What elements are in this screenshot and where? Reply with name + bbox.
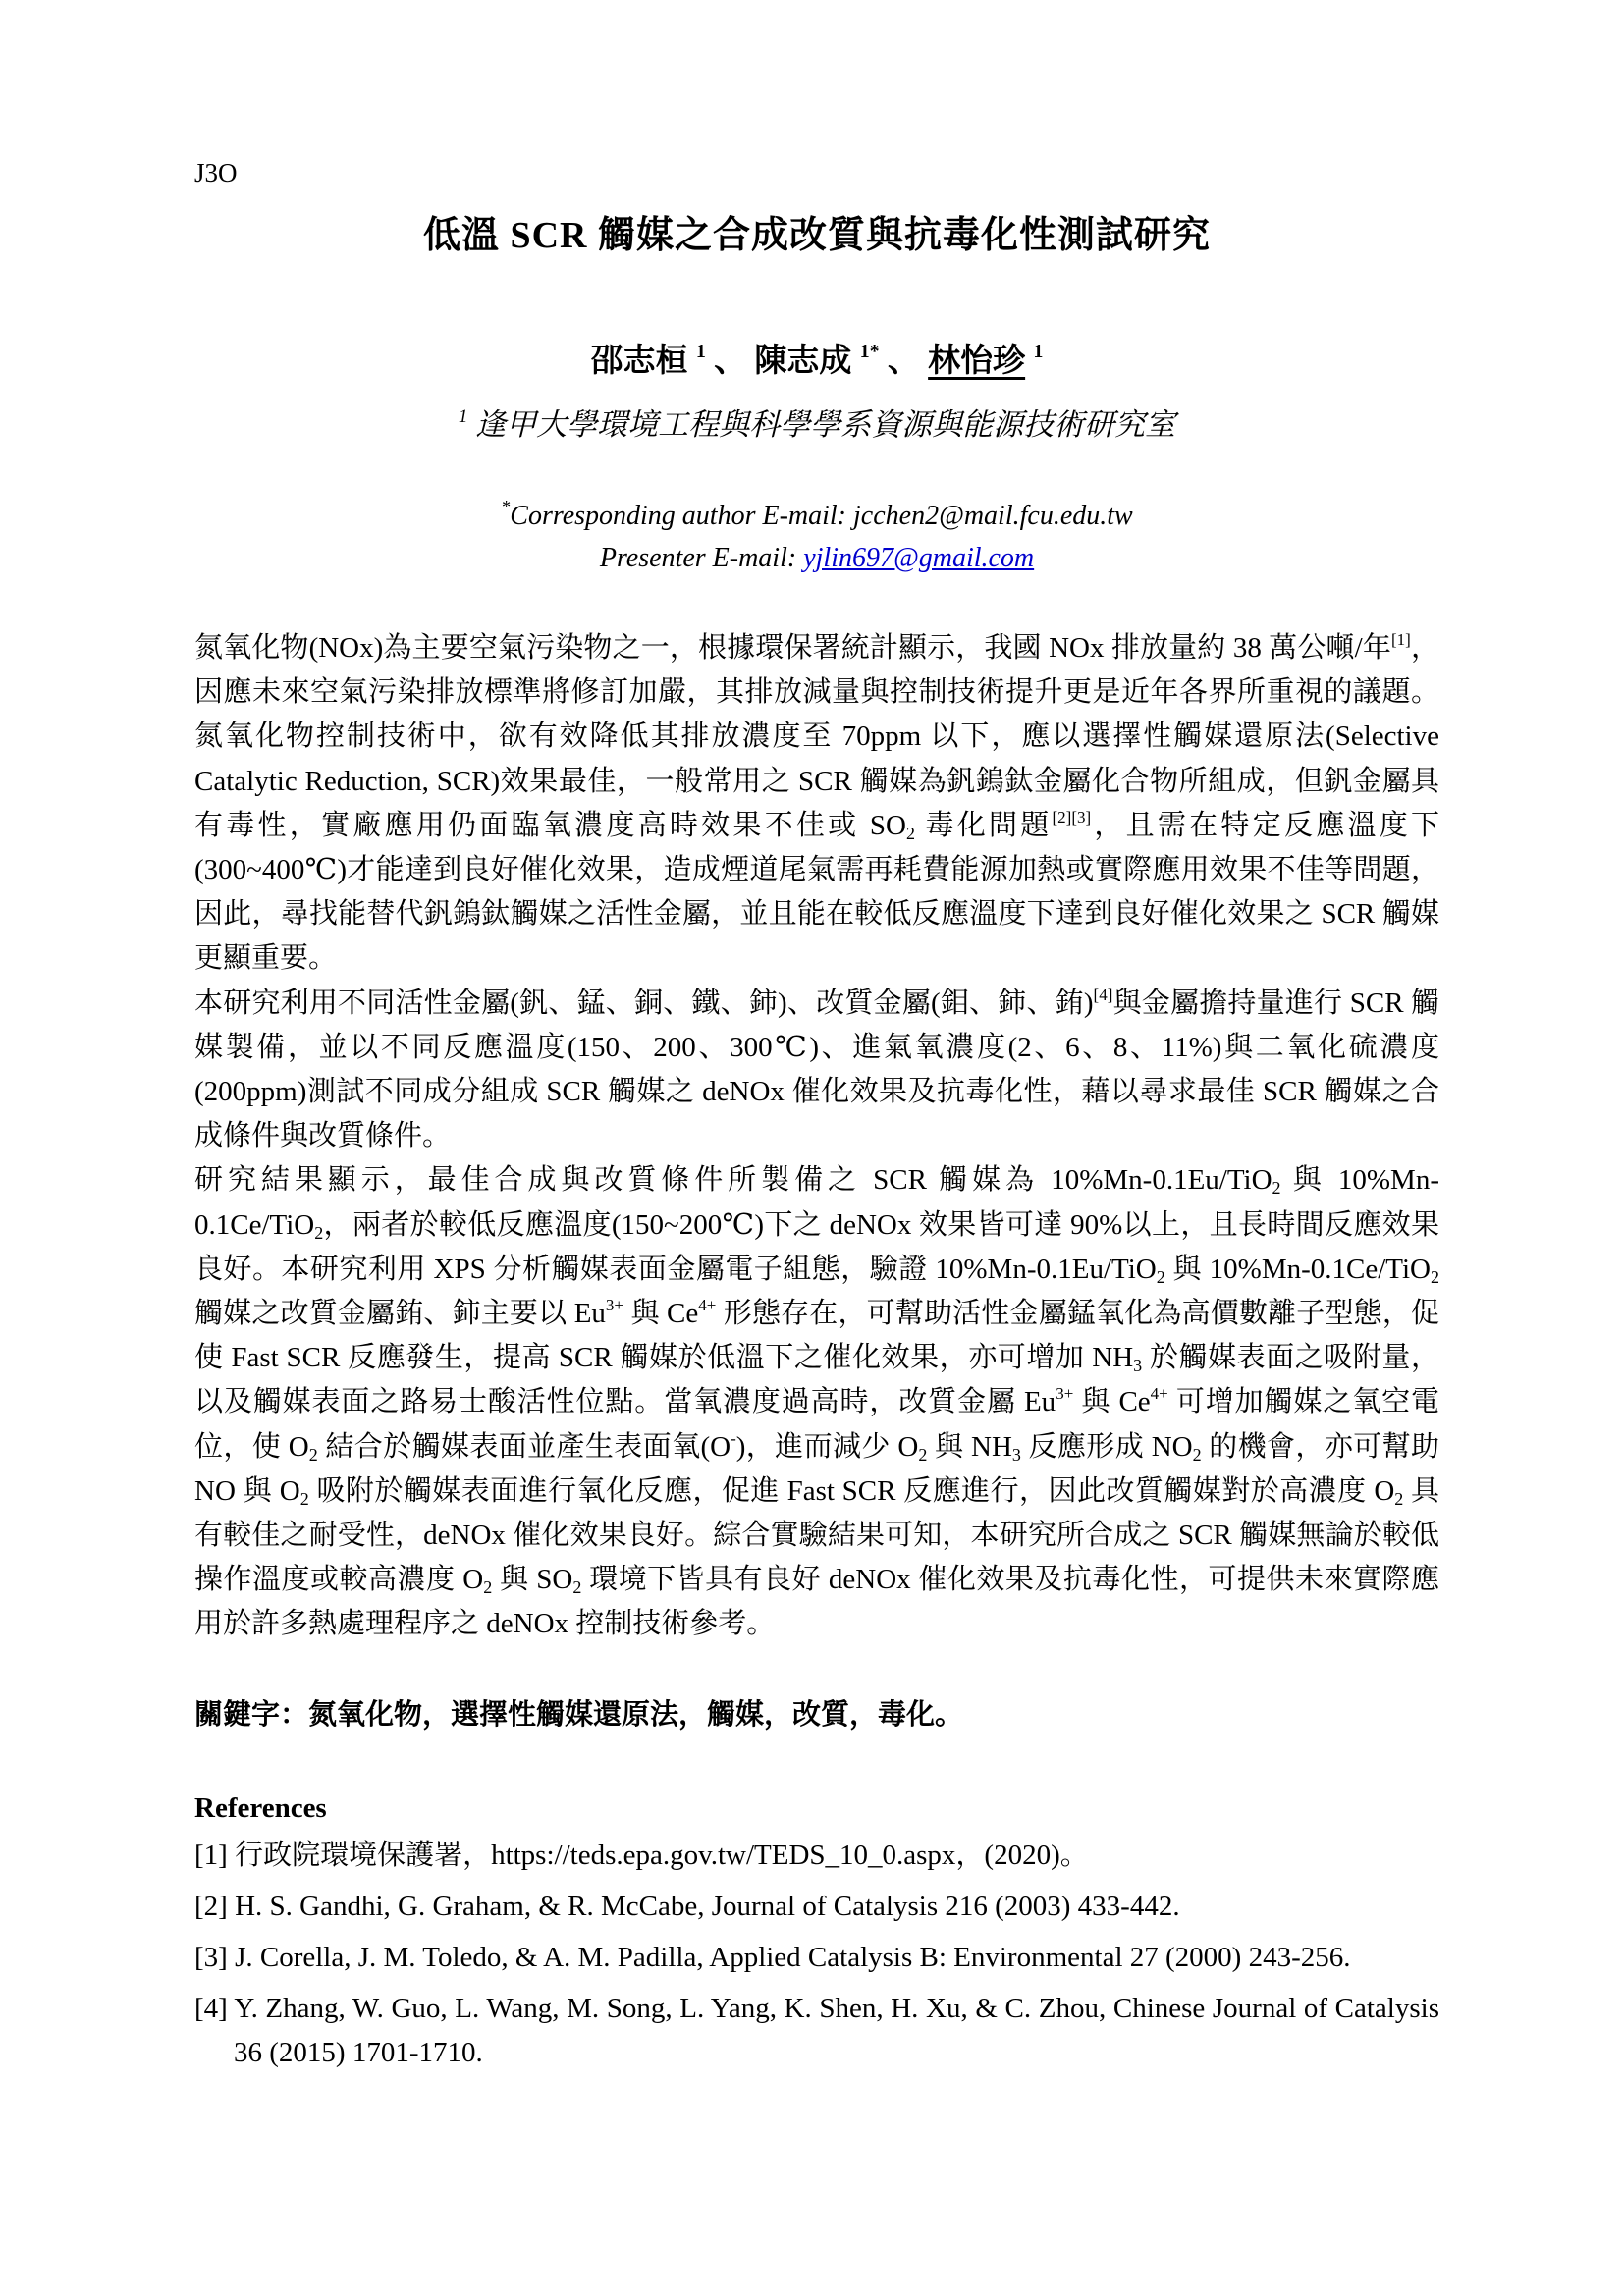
subscript: 2 xyxy=(1431,1267,1439,1287)
subscript: 3 xyxy=(1012,1445,1021,1465)
presenter-email-link[interactable]: yjlin697@gmail.com xyxy=(803,543,1034,573)
author-affiliation-mark: 1 xyxy=(696,341,706,362)
corresponding-mark: * xyxy=(501,497,510,516)
presenter-email-line: Presenter E-mail: yjlin697@gmail.com xyxy=(194,537,1439,579)
subscript: 2 xyxy=(906,824,915,843)
subscript: 2 xyxy=(309,1445,318,1465)
author-separator: 、 xyxy=(888,344,920,379)
superscript: 4+ xyxy=(1151,1384,1168,1403)
references-heading: References xyxy=(194,1789,327,1828)
text-run: 本研究利用不同活性金屬(釩、錳、銅、鐵、鈰)、改質金屬(鉬、鈰、銪) xyxy=(194,988,1094,1019)
text-run: 毒化問題 xyxy=(915,810,1053,841)
corresponding-label: Corresponding author E-mail: xyxy=(510,501,853,531)
reference-item: [4] Y. Zhang, W. Guo, L. Wang, M. Song, … xyxy=(194,1987,1439,2075)
keywords-text: 氮氧化物，選擇性觸媒還原法，觸媒，改質，毒化。 xyxy=(308,1699,963,1731)
reference-item: [1] 行政院環境保護署，https://teds.epa.gov.tw/TED… xyxy=(194,1834,1439,1878)
corresponding-email-line: *Corresponding author E-mail: jcchen2@ma… xyxy=(194,495,1439,537)
citation-mark: [2][3] xyxy=(1053,808,1092,827)
subscript: 2 xyxy=(1157,1267,1165,1287)
subscript: 2 xyxy=(1272,1178,1281,1198)
text-run: 結合於觸媒表面並產生表面氧(O xyxy=(318,1431,731,1463)
subscript: 2 xyxy=(314,1223,323,1243)
reference-item: [3] J. Corella, J. M. Toledo, & A. M. Pa… xyxy=(194,1936,1439,1980)
contact-emails: *Corresponding author E-mail: jcchen2@ma… xyxy=(194,495,1439,579)
text-run: 與 Ce xyxy=(623,1298,698,1329)
text-run: 研究結果顯示，最佳合成與改質條件所製備之 SCR 觸媒為 10%Mn-0.1Eu… xyxy=(194,1164,1272,1196)
text-run: )，進而減少 O xyxy=(736,1431,919,1463)
citation-mark: [4] xyxy=(1094,986,1113,1004)
superscript: 3+ xyxy=(1056,1384,1073,1403)
text-run: 與 Ce xyxy=(1073,1386,1150,1417)
keywords: 關鍵字：氮氧化物，選擇性觸媒還原法，觸媒，改質，毒化。 xyxy=(194,1695,963,1735)
text-run: 吸附於觸媒表面進行氧化反應，促進 Fast SCR 反應進行，因此改質觸媒對於高… xyxy=(309,1475,1395,1507)
citation-mark: [1] xyxy=(1391,630,1411,649)
author-list: 邵志桓 1 、 陳志成 1* 、 林怡珍 1 xyxy=(194,338,1439,385)
abstract-paragraph-3: 研究結果顯示，最佳合成與改質條件所製備之 SCR 觸媒為 10%Mn-0.1Eu… xyxy=(194,1158,1439,1646)
text-run: 反應形成 NO xyxy=(1021,1431,1193,1463)
subscript: 2 xyxy=(918,1445,927,1465)
author-name: 邵志桓 xyxy=(591,344,688,379)
subscript: 2 xyxy=(300,1489,309,1509)
subscript: 2 xyxy=(1193,1445,1202,1465)
subscript: 3 xyxy=(1133,1356,1142,1375)
corresponding-email: jcchen2@mail.fcu.edu.tw xyxy=(853,501,1133,531)
references-list: [1] 行政院環境保護署，https://teds.epa.gov.tw/TED… xyxy=(194,1834,1439,2082)
text-run: 氮氧化物(NOx)為主要空氣污染物之一，根據環保署統計顯示，我國 NOx 排放量… xyxy=(194,632,1391,664)
text-run: 與 10%Mn-0.1Ce/TiO xyxy=(1165,1254,1431,1285)
affiliation-text: 逢甲大學環境工程與科學學系資源與能源技術研究室 xyxy=(475,407,1175,442)
abstract-paragraph-2: 本研究利用不同活性金屬(釩、錳、銅、鐵、鈰)、改質金屬(鉬、鈰、銪)[4]與金屬… xyxy=(194,982,1439,1159)
text-run: 與 NH xyxy=(927,1431,1012,1463)
abstract: 氮氧化物(NOx)為主要空氣污染物之一，根據環保署統計顯示，我國 NOx 排放量… xyxy=(194,626,1439,1647)
presenter-author-name: 林怡珍 xyxy=(928,344,1025,379)
author-name: 陳志成 xyxy=(754,344,851,379)
superscript: 3+ xyxy=(606,1296,623,1314)
subscript: 2 xyxy=(483,1577,492,1597)
author-affiliation-mark: 1 xyxy=(1033,341,1043,362)
affiliation-mark: 1 xyxy=(459,406,468,427)
reference-item: [2] H. S. Gandhi, G. Graham, & R. McCabe… xyxy=(194,1885,1439,1929)
paper-code: J3O xyxy=(194,157,238,188)
author-separator: 、 xyxy=(714,344,746,379)
author-affiliation-mark: 1* xyxy=(860,341,880,362)
affiliation: 1 逢甲大學環境工程與科學學系資源與能源技術研究室 xyxy=(194,402,1439,448)
superscript: 4+ xyxy=(698,1296,716,1314)
text-run: 與 SO xyxy=(492,1564,572,1595)
abstract-paragraph-1: 氮氧化物(NOx)為主要空氣污染物之一，根據環保署統計顯示，我國 NOx 排放量… xyxy=(194,626,1439,982)
subscript: 2 xyxy=(1394,1489,1403,1509)
keywords-label: 關鍵字： xyxy=(194,1699,308,1731)
text-run: 觸媒之改質金屬銪、鈰主要以 Eu xyxy=(194,1298,606,1329)
paper-title: 低溫 SCR 觸媒之合成改質與抗毒化性測試研究 xyxy=(194,208,1439,263)
subscript: 2 xyxy=(572,1577,581,1597)
presenter-label: Presenter E-mail: xyxy=(600,543,803,573)
